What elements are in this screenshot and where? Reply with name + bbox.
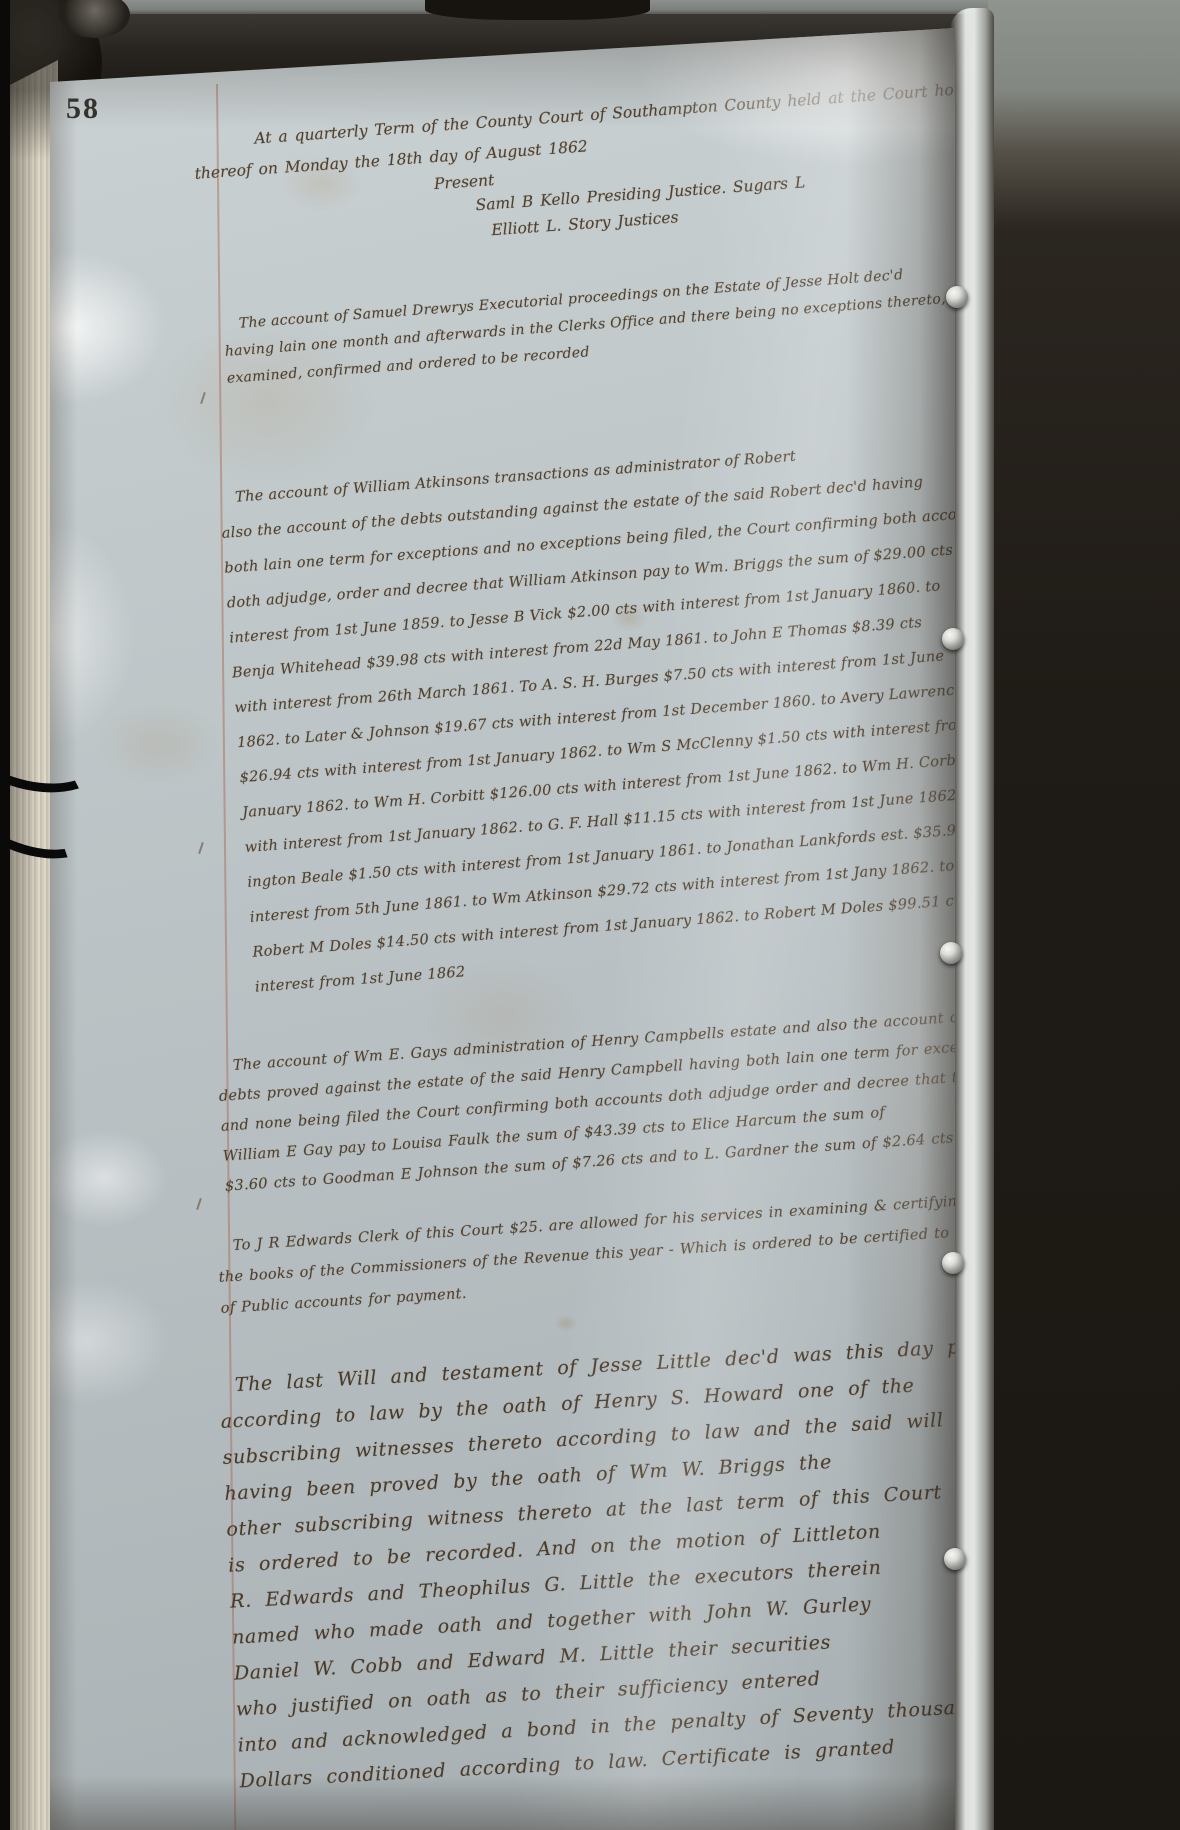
paragraph-gay-account: The account of Wm E. Gays administration… bbox=[216, 1003, 969, 1202]
binder-ring bbox=[940, 942, 962, 964]
binder-ring bbox=[946, 286, 968, 308]
margin-tick bbox=[196, 1198, 202, 1210]
ledger-page: 58 At a quarterly Term of the County Cou… bbox=[50, 20, 955, 1830]
paragraph-little-will: The last Will and testament of Jesse Lit… bbox=[218, 1328, 1000, 1799]
binder-clip-top bbox=[425, 0, 650, 20]
margin-tick bbox=[200, 392, 206, 404]
page-number: 58 bbox=[66, 92, 100, 126]
photo-left-edge bbox=[0, 0, 10, 1830]
binder-ring bbox=[942, 1252, 964, 1274]
present-label: Present bbox=[433, 171, 494, 193]
presiding-justice-line: Saml B Kello Presiding Justice. Sugars L bbox=[475, 173, 806, 214]
paragraph-edwards-allowance: To J R Edwards Clerk of this Court $25. … bbox=[216, 1187, 960, 1325]
binder-ring bbox=[942, 628, 964, 650]
justices-line: Elliott L. Story Justices bbox=[491, 208, 679, 239]
handwritten-line: thereof on Monday the 18th day of August… bbox=[194, 137, 588, 182]
binder-ring bbox=[944, 1548, 966, 1570]
binder-right-background bbox=[988, 0, 1180, 1830]
handwritten-line: At a quarterly Term of the County Court … bbox=[254, 79, 982, 148]
paragraph-drewry-account: The account of Samuel Drewrys Executoria… bbox=[222, 258, 966, 393]
margin-tick bbox=[198, 842, 204, 854]
court-session-header: At a quarterly Term of the County Court … bbox=[190, 52, 971, 285]
paragraph-atkinson-account: The account of William Atkinsons transac… bbox=[218, 427, 1004, 1006]
